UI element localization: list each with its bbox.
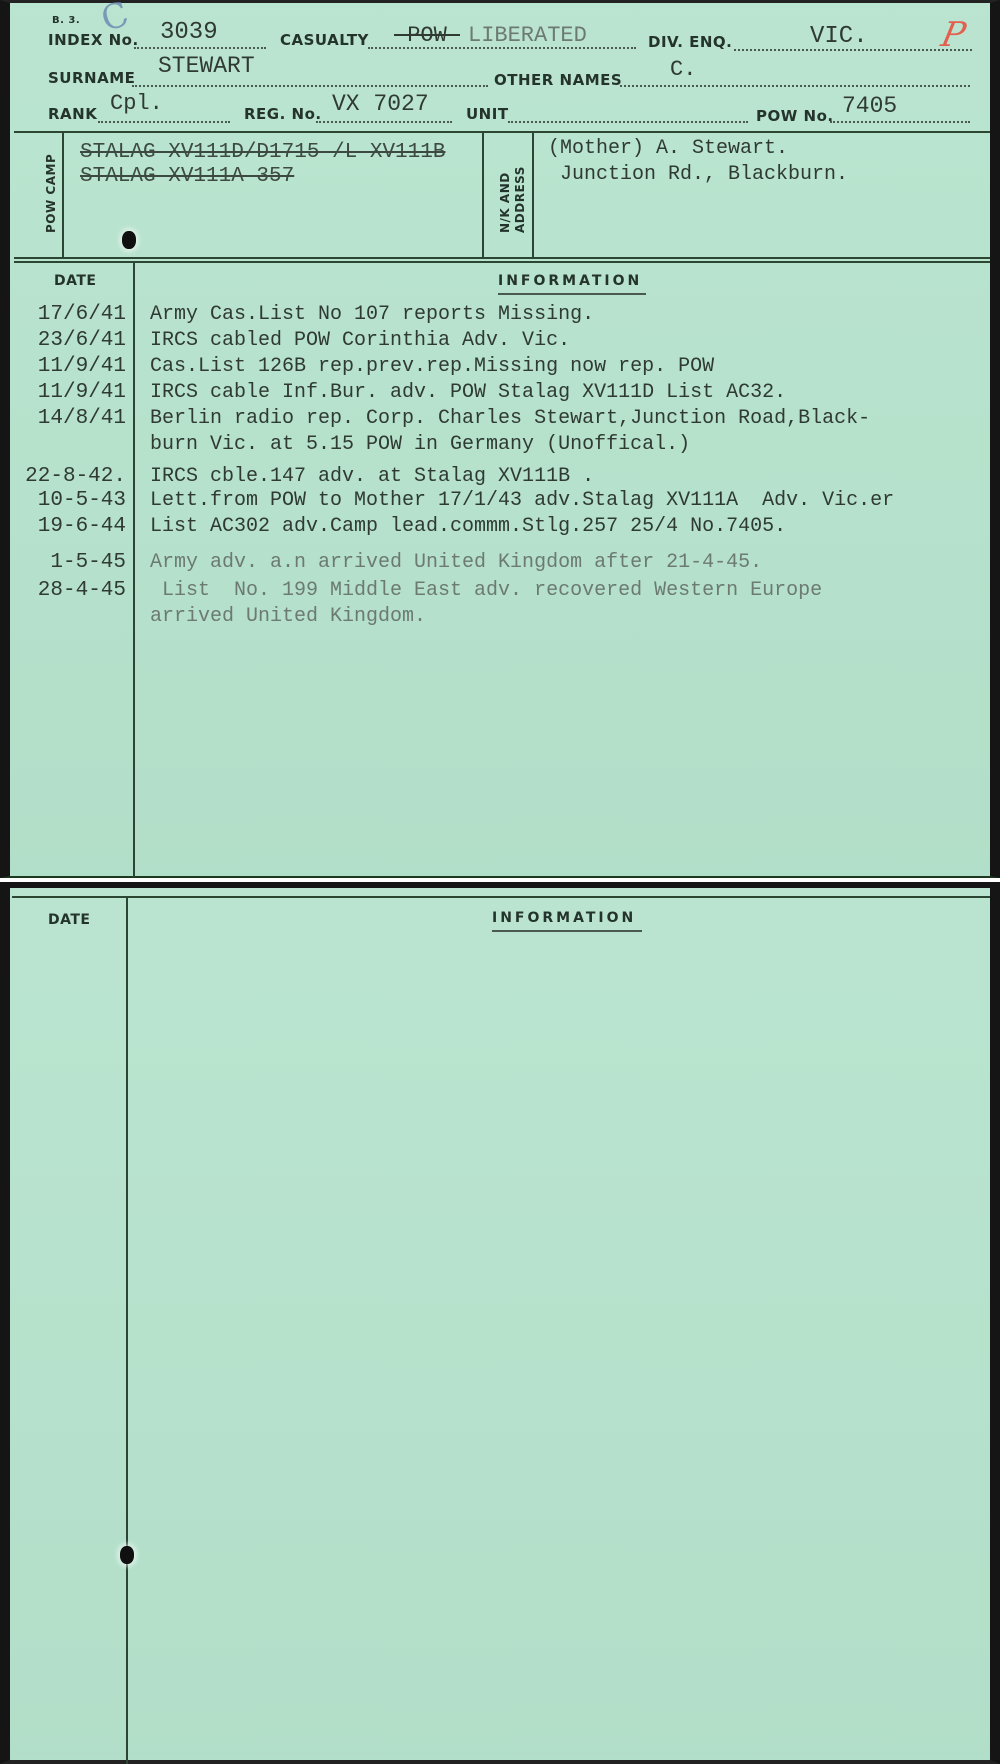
other-names-label: OTHER NAMES [494,71,622,89]
back-information-underline [492,930,642,932]
casualty-value: LIBERATED [468,23,587,48]
information-underline [498,293,646,295]
pow-camp-line-1: STALAG XV111D/D1715 /L XV111B [80,141,445,164]
unit-label: UNIT [466,105,509,123]
casualty-struck-value: -POW- [394,23,460,48]
row-date: 1-5-45 [0,551,126,574]
index-no-value: 3039 [160,19,218,46]
punch-hole [122,231,136,249]
row-date: 14/8/41 [0,407,126,430]
row-information: Lett.from POW to Mother 17/1/43 adv.Stal… [150,489,894,512]
table-rule-2 [14,261,990,263]
back-date-header: DATE [48,912,90,928]
reg-no-line [316,121,452,123]
reg-no-label: REG. No. [244,105,322,123]
nk-address-line-1: (Mother) A. Stewart. [548,137,788,160]
rank-label: RANK [48,105,97,123]
back-punch-hole [120,1546,134,1564]
index-no-label: INDEX No. [48,31,139,49]
box-top-rule [14,131,990,133]
nk-left-divider [482,131,484,257]
row-date: 17/6/41 [0,303,126,326]
row-date: 11/9/41 [0,381,126,404]
unit-line [508,121,748,123]
row-date: 23/6/41 [0,329,126,352]
div-enq-value: VIC. [810,23,868,50]
row-information: IRCS cabled POW Corinthia Adv. Vic. [150,329,570,352]
row-information: Army Cas.List No 107 reports Missing. [150,303,594,326]
pow-camp-line-2: STALAG XV111A 357 [80,165,294,188]
index-no-line [134,47,266,49]
table-rule-1 [14,257,990,259]
pow-no-line [830,121,970,123]
row-information: Cas.List 126B rep.prev.rep.Missing now r… [150,355,714,378]
date-column-divider [133,261,135,877]
pow-no-value: 7405 [842,93,897,119]
nk-address-line-2: Junction Rd., Blackburn. [548,163,848,186]
row-information: List No. 199 Middle East adv. recovered … [150,579,822,602]
row-information: Army adv. a.n arrived United Kingdom aft… [150,551,762,574]
surname-label: SURNAME [48,69,135,87]
form-number: B. 3. [52,15,80,26]
row-date: 19-6-44 [0,515,126,538]
reg-no-value: VX 7027 [332,91,429,117]
row-information: IRCS cable Inf.Bur. adv. POW Stalag XV11… [150,381,786,404]
back-top-rule [12,896,990,898]
row-date: 28-4-45 [0,579,126,602]
other-names-value: C. [670,57,696,82]
row-date: 11/9/41 [0,355,126,378]
rank-value: Cpl. [110,91,163,116]
row-information: IRCS cble.147 adv. at Stalag XV111B . [150,465,594,488]
back-information-header: INFORMATION [492,910,636,926]
nk-right-divider [532,131,534,257]
div-enq-label: DIV. ENQ. [648,33,732,51]
row-date: 22-8-42. [0,465,126,488]
row-date: 10-5-43 [0,489,126,512]
record-card-front: C P B. 3. INDEX No. 3039 CASUALTY -POW- … [0,0,1000,878]
row-information: burn Vic. at 5.15 POW in Germany (Unoffi… [150,433,690,456]
information-header: INFORMATION [498,273,642,289]
nk-label-line-2: ADDRESS [513,166,527,233]
back-date-column-divider [126,898,128,1764]
pow-no-label: POW No. [756,107,834,125]
row-information: List AC302 adv.Camp lead.commm.Stlg.257 … [150,515,786,538]
pow-camp-label: POW CAMP [44,154,58,233]
casualty-label: CASUALTY [280,31,369,49]
record-card-back: DATE INFORMATION [0,882,1000,1764]
rank-line [98,121,230,123]
nk-label-line-1: N/K AND [498,172,512,233]
camp-label-divider [62,131,64,257]
surname-value: STEWART [158,53,255,79]
row-information: Berlin radio rep. Corp. Charles Stewart,… [150,407,870,430]
surname-line [132,85,488,87]
date-header: DATE [54,273,96,289]
row-information: arrived United Kingdom. [150,605,426,628]
other-names-line [620,85,970,87]
